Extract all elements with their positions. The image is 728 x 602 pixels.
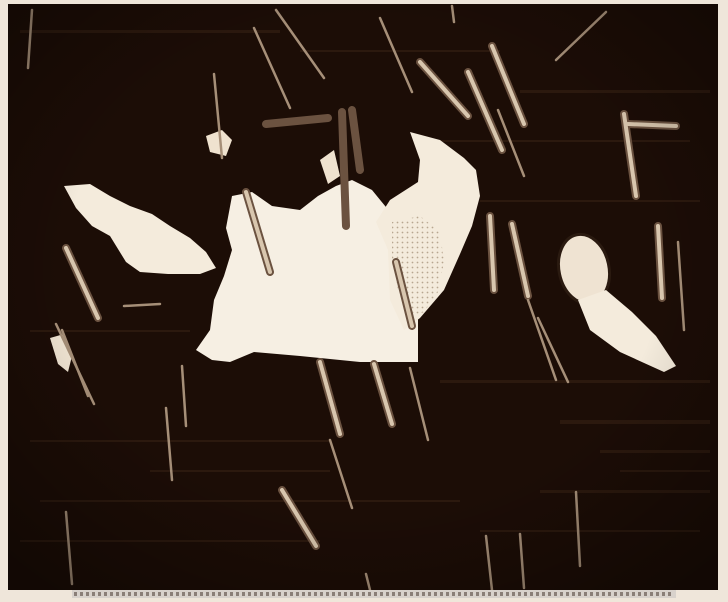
photograph — [0, 0, 728, 602]
vignette — [8, 4, 718, 590]
